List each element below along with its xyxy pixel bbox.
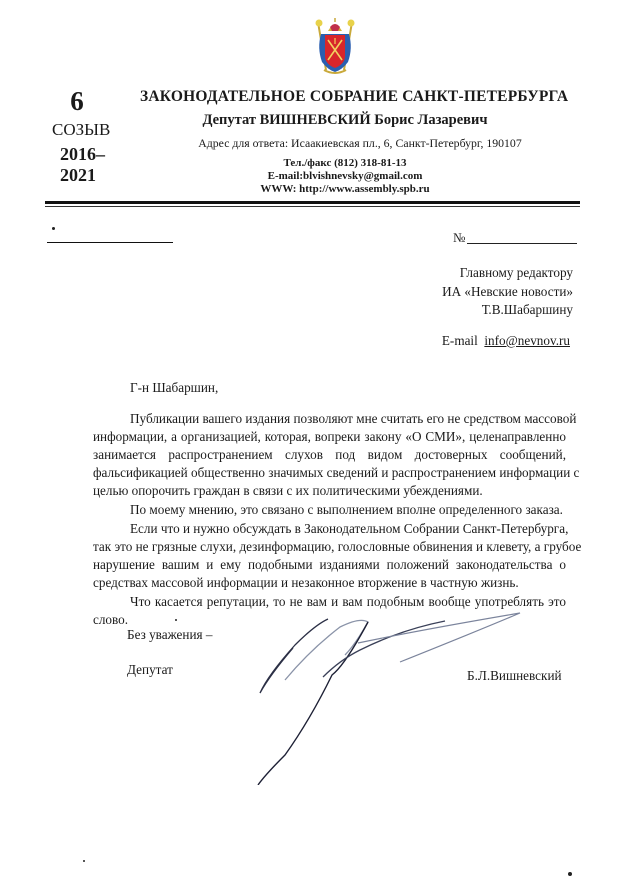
addressee-email-row: E-mail info@nevnov.ru [442, 333, 570, 349]
salutation: Г-н Шабаршин, [130, 380, 218, 396]
scan-speck [568, 872, 572, 876]
number-label: № [453, 230, 465, 246]
body-line: По моему мнению, это связано с выполнени… [130, 501, 566, 519]
body-line: так это не грязные слухи, дезинформацию,… [93, 538, 566, 556]
body-line: фальсификацией общественно значимых свед… [93, 464, 566, 482]
date-field-line [47, 242, 173, 243]
deputy-name: Депутат ВИШНЕВСКИЙ Борис Лазаревич [110, 112, 580, 129]
signer-name: Б.Л.Вишневский [467, 668, 562, 684]
phone-fax: Тел./факс (812) 318-81-13 [240, 157, 450, 170]
signer-title: Депутат [127, 662, 173, 678]
body-line: занимается распространением слухов под в… [93, 446, 566, 464]
saint-petersburg-coat-of-arms-icon [314, 18, 356, 78]
addressee-email-link[interactable]: info@nevnov.ru [484, 333, 570, 348]
scan-speck [175, 619, 177, 621]
valediction: Без уважения – [127, 627, 212, 643]
body-line: Если что и нужно обсуждать в Законодател… [130, 520, 566, 538]
body-line: информации, а организацией, которая, воп… [93, 428, 566, 446]
convocation-label: СОЗЫВ [52, 120, 110, 140]
header-divider-thin [45, 206, 580, 207]
convocation-years-start: 2016– [60, 144, 105, 164]
sender-email: E-mail:blvishnevsky@gmail.com [240, 170, 450, 183]
body-line: нарушение вашим и ему подобными изданиям… [93, 556, 566, 574]
organization-name: ЗАКОНОДАТЕЛЬНОЕ СОБРАНИЕ САНКТ-ПЕТЕРБУРГ… [140, 88, 550, 106]
scan-speck [52, 227, 55, 230]
body-line: Публикации вашего издания позволяют мне … [130, 410, 566, 428]
addressee-line: ИА «Невские новости» [442, 283, 573, 302]
website: WWW: http://www.assembly.spb.ru [240, 183, 450, 196]
header-divider-thick [45, 201, 580, 204]
addressee-email-label: E-mail [442, 333, 478, 348]
body-line: целью опорочить граждан в связи с их пол… [93, 482, 566, 500]
convocation-years-end: 2021 [60, 165, 96, 185]
convocation-number: 6 [62, 86, 92, 116]
addressee-block: Главному редактору ИА «Невские новости» … [442, 264, 573, 320]
body-line: средствах массовой информации и незаконн… [93, 574, 566, 592]
reply-address: Адрес для ответа: Исаакиевская пл., 6, С… [120, 136, 600, 151]
addressee-line: Главному редактору [442, 264, 573, 283]
number-field-line [467, 243, 577, 244]
scan-speck [83, 860, 85, 862]
addressee-line: Т.В.Шабаршину [442, 301, 573, 320]
handwritten-signature-icon [250, 605, 550, 785]
